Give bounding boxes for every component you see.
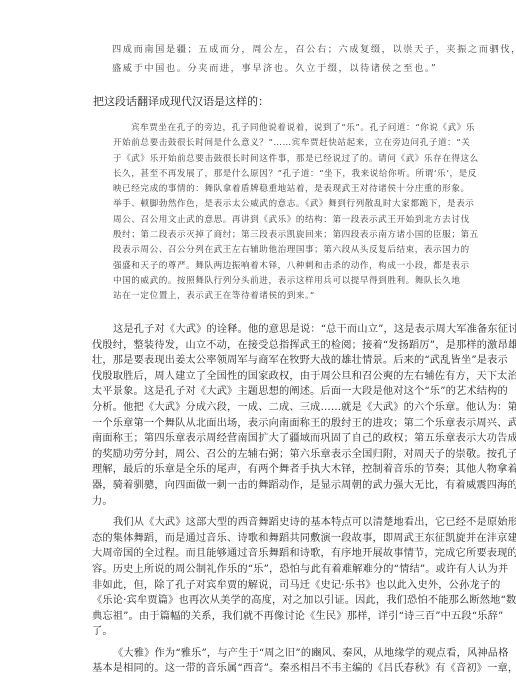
body-line: 壮，那是要表现出姜太公率领周军与商军在牧野大战的雄壮情景。后来的“武乱皆坐”是表… [92,353,492,369]
body-text: 这是孔子对《大武》的诠释。他的意思是说：“总干而山立”，这是表示周大军准备东征讨… [92,322,492,683]
translation-line: 举手、顿脚勃然作色，是表示太公威武的意志。《武》舞到行列散乱时大家都跪下，是表示 [113,197,481,212]
body-line: 的奖励功劳分封，周公、召公的左辅右弼；第六乐章表示全国归附，对周天子的崇敬。按孔… [92,447,492,463]
quote-line: 四成而南国是疆；五成而分，周公左，召公右；六成复缀，以崇天子，夹振之而驷伐， [112,40,482,59]
body-line: 态的集体舞蹈，而是通过音乐、诗歌和舞蹈共同敷演一段故事，即周武王东征凯旋并在沣京… [92,531,492,547]
body-line: 容。历史上所说的周公制礼作乐的“乐”，恐怕与此有着难解难分的“情结”。或许有人认… [92,562,492,578]
translation-line: 映已经完成的事情的：舞队拿着盾牌稳重地站着，是表现武王对待诸侯十分庄重的形象。 [113,182,481,197]
translation-line: 强盛和天子的尊严。舞队两边振响着木铎，八种刺和击杀的动作，构成一小段，都是表示 [113,259,481,274]
document-page: 四成而南国是疆；五成而分，周公左，召公右；六成复缀，以崇天子，夹振之而驷伐， 盛… [0,0,516,690]
translation-line: 于《武》乐开始前总要击鼓很长时间这件事，那是已经说过了的。请问《武》乐存在得这么 [113,152,481,167]
classical-quote-block: 四成而南国是疆；五成而分，周公左，召公右；六成复缀，以崇天子，夹振之而驷伐， 盛… [112,40,482,78]
body-line: 大周帝国的全过程。而且能够通过音乐舞蹈和诗歌，有序地开展故事情节，完成它所要表现… [92,546,492,562]
body-line: 我们从《大武》这部大型的西音舞蹈史诗的基本特点可以清楚地看出，它已经不是原始形 [92,515,492,531]
body-line: 基本是相同的。这一带的音乐属“西音”。秦丞相吕不韦主编的《吕氏春秋》有《音初》一… [92,661,492,677]
translation-line: 长久，甚至不再发展了，那是什么原因？”孔子道：“坐下，我来说给你听。所谓‘乐’，… [113,167,481,182]
body-line: 《乐论·宾牟贾篇》也再次从美学的高度，对之加以引证。因此，我们恐怕不能那么断然地… [92,593,492,609]
body-paragraph-1: 这是孔子对《大武》的诠释。他的意思是说：“总干而山立”，这是表示周大军准备东征讨… [92,322,492,509]
body-line: 伐殷纣，整装待发，山立不动，在接受总指挥武王的检阅；接着“发扬蹈厉”，是那样的激… [92,338,492,354]
body-line: 这是孔子对《大武》的诠释。他的意思是说：“总干而山立”，这是表示周大军准备东征讨 [92,322,492,338]
body-line: 太平景象。这是孔子对《大武》主题思想的阐述。后面一大段是他对这个“乐”的艺术结构… [92,384,492,400]
translation-block: 宾牟贾坐在孔子的旁边，孔子同他说着说着，说到了“乐”。孔子问道：“你说《武》乐 … [113,121,481,305]
body-line: 南面称王；第四乐章表示周经营南国扩大了疆域而巩固了自己的政权；第五乐章表示大功告… [92,431,492,447]
quote-line: 盛威于中国也。分夹而进，事早济也。久立于缀，以待诸侯之至也。” [112,59,482,78]
translation-line: 中国的威武的。按照舞队行列分头前进，表示这样用兵可以提早得到胜利。舞队长久地 [113,274,481,289]
body-line: 器，骑着驯骢，向四面做一刺一击的舞蹈动作，是显示周朝的武力强大无比，有着威震四海… [92,478,492,494]
body-line: 伐殷取胜后，周人建立了全国性的国家政权，由于周公旦和召公奭的左右辅佐有方，天下太… [92,369,492,385]
translation-line: 周公、召公用文止武的意思。再讲到《武乐》的结构：第一段表示武王开始到北方去讨伐 [113,213,481,228]
body-line: 一个乐章第一个舞队从北面出场，表示向南面称王的殷纣王的进攻；第二个乐章表示周兴、… [92,416,492,432]
body-line: 了。 [92,624,492,640]
translation-lead-in: 把这段话翻译成现代汉语是这样的： [93,94,269,110]
translation-line: 站在一定位置上，表示武王在等待着诸侯的到来。” [113,289,481,304]
body-line: 《大雅》作为“雅乐”，与产生于“周之旧”的豳风、秦风，从地缘学的观点看，风神品格 [92,646,492,662]
translation-line: 宾牟贾坐在孔子的旁边，孔子同他说着说着，说到了“乐”。孔子问道：“你说《武》乐 [113,121,481,136]
translation-line: 段表示周公、召公分列在武王左右辅助他治理国事；第六段从头反复后结束，表示国力的 [113,243,481,258]
body-line: 理解，最后的乐章是全乐的尾声，有两个舞者手执大木铎，控制着音乐的节奏；其他人物拿… [92,462,492,478]
body-paragraph-2: 我们从《大武》这部大型的西音舞蹈史诗的基本特点可以清楚地看出，它已经不是原始形 … [92,515,492,640]
body-line: 分析。他把《大武》分成六段，一成、二成、三成……就是《大武》的六个乐章。他认为：… [92,400,492,416]
body-line: 非如此，但，除了孔子对宾牟贾的解说，司马迁《史记·乐书》也以此入史外，公孙龙子的 [92,578,492,594]
body-line: 典忘祖”。由于篇幅的关系，我们就不再像讨论《生民》那样，详引“诗三百”中五段“乐… [92,609,492,625]
translation-line: 殷纣；第二段表示灭掉了商纣；第三段表示凯旋回来；第四段表示南方诸小国的臣服；第五 [113,228,481,243]
body-line: 力。 [92,494,492,510]
translation-line: 开始前总要击鼓很长时间是什么意义？”……宾牟贾赶快站起来，立在旁边问孔子道：“关 [113,136,481,151]
body-paragraph-3: 《大雅》作为“雅乐”，与产生于“周之旧”的豳风、秦风，从地缘学的观点看，风神品格… [92,646,492,677]
